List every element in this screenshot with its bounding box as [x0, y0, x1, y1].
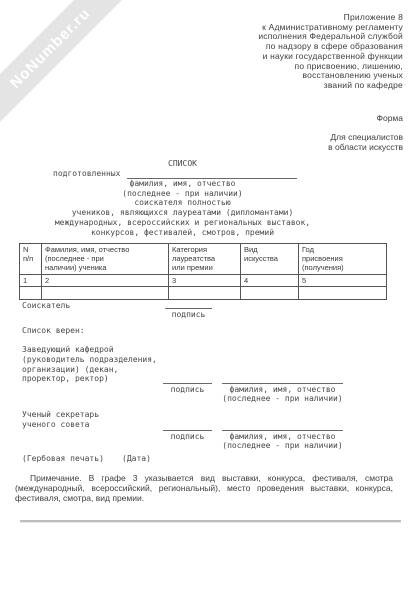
- table-empty-row: [20, 287, 387, 300]
- table-numbering-cell: 2: [42, 275, 169, 287]
- table-header-row: Nп/п Фамилия, имя, отчество(последнее - …: [20, 244, 387, 275]
- secretary-name-line: [222, 430, 343, 431]
- watermark-text: NoNumber.ru: [7, 5, 94, 92]
- table-numbering-row: 1 2 3 4 5: [20, 275, 387, 287]
- document-page: NoNumber.ru Приложение 8к Административн…: [0, 0, 420, 600]
- form-label: Форма: [377, 113, 404, 123]
- department-head-name-line: [222, 383, 343, 384]
- table-numbering-cell: 3: [169, 275, 241, 287]
- table-numbering-cell: 4: [241, 275, 299, 287]
- watermark-band: NoNumber.ru: [0, 0, 126, 124]
- name-caption: фамилия, имя, отчество(последнее - при н…: [222, 385, 343, 404]
- department-head-signature-line: [163, 383, 212, 384]
- prepared-label: подготовленных: [53, 169, 120, 178]
- list-correct-label: Список верен:: [22, 326, 85, 335]
- laureates-table: Nп/п Фамилия, имя, отчество(последнее - …: [19, 243, 387, 300]
- list-subtitle: фамилия, имя, отчество(последнее - при н…: [0, 179, 365, 237]
- note-paragraph: Примечание. В графе 3 указывается вид вы…: [15, 474, 393, 504]
- academic-secretary-label: Ученый секретарьученого совета: [22, 410, 99, 430]
- table-header-cell: Категориялауреатстваили премии: [169, 244, 241, 275]
- table-numbering-cell: 1: [20, 275, 42, 287]
- bottom-divider: [20, 520, 401, 523]
- table-header-cell: Видискусства: [241, 244, 299, 275]
- signature-caption: подпись: [165, 310, 212, 319]
- audience-note: Для специалистовв области искусств: [328, 133, 403, 152]
- appendix-reference: Приложение 8к Административному регламен…: [258, 13, 403, 91]
- signature-caption: подпись: [163, 385, 212, 394]
- list-title: СПИСОК: [0, 159, 365, 168]
- table-header-cell: Фамилия, имя, отчество(последнее - прина…: [42, 244, 169, 275]
- signature-caption: подпись: [163, 432, 212, 441]
- table-header-cell: Nп/п: [20, 244, 42, 275]
- department-head-label: Заведующий кафедрой(руководитель подразд…: [22, 345, 157, 384]
- table-header-cell: Годприсвоения(получения): [299, 244, 387, 275]
- table-empty-cell: [20, 287, 42, 300]
- applicant-name-caption: фамилия, имя, отчество(последнее - при н…: [0, 179, 365, 208]
- table-empty-cell: [241, 287, 299, 300]
- date-label: (Дата): [122, 454, 151, 463]
- applicant-label: Соискатель: [22, 301, 70, 310]
- seal-label: (Гербовая печать): [22, 454, 104, 463]
- table-empty-cell: [299, 287, 387, 300]
- table-numbering-cell: 5: [299, 275, 387, 287]
- list-subject-caption: учеников, являющихся лауреатами (диплома…: [0, 208, 365, 237]
- name-caption: фамилия, имя, отчество(последнее - при н…: [222, 432, 343, 451]
- table-empty-cell: [169, 287, 241, 300]
- table-empty-cell: [42, 287, 169, 300]
- applicant-signature-line: [165, 308, 212, 309]
- secretary-signature-line: [163, 430, 212, 431]
